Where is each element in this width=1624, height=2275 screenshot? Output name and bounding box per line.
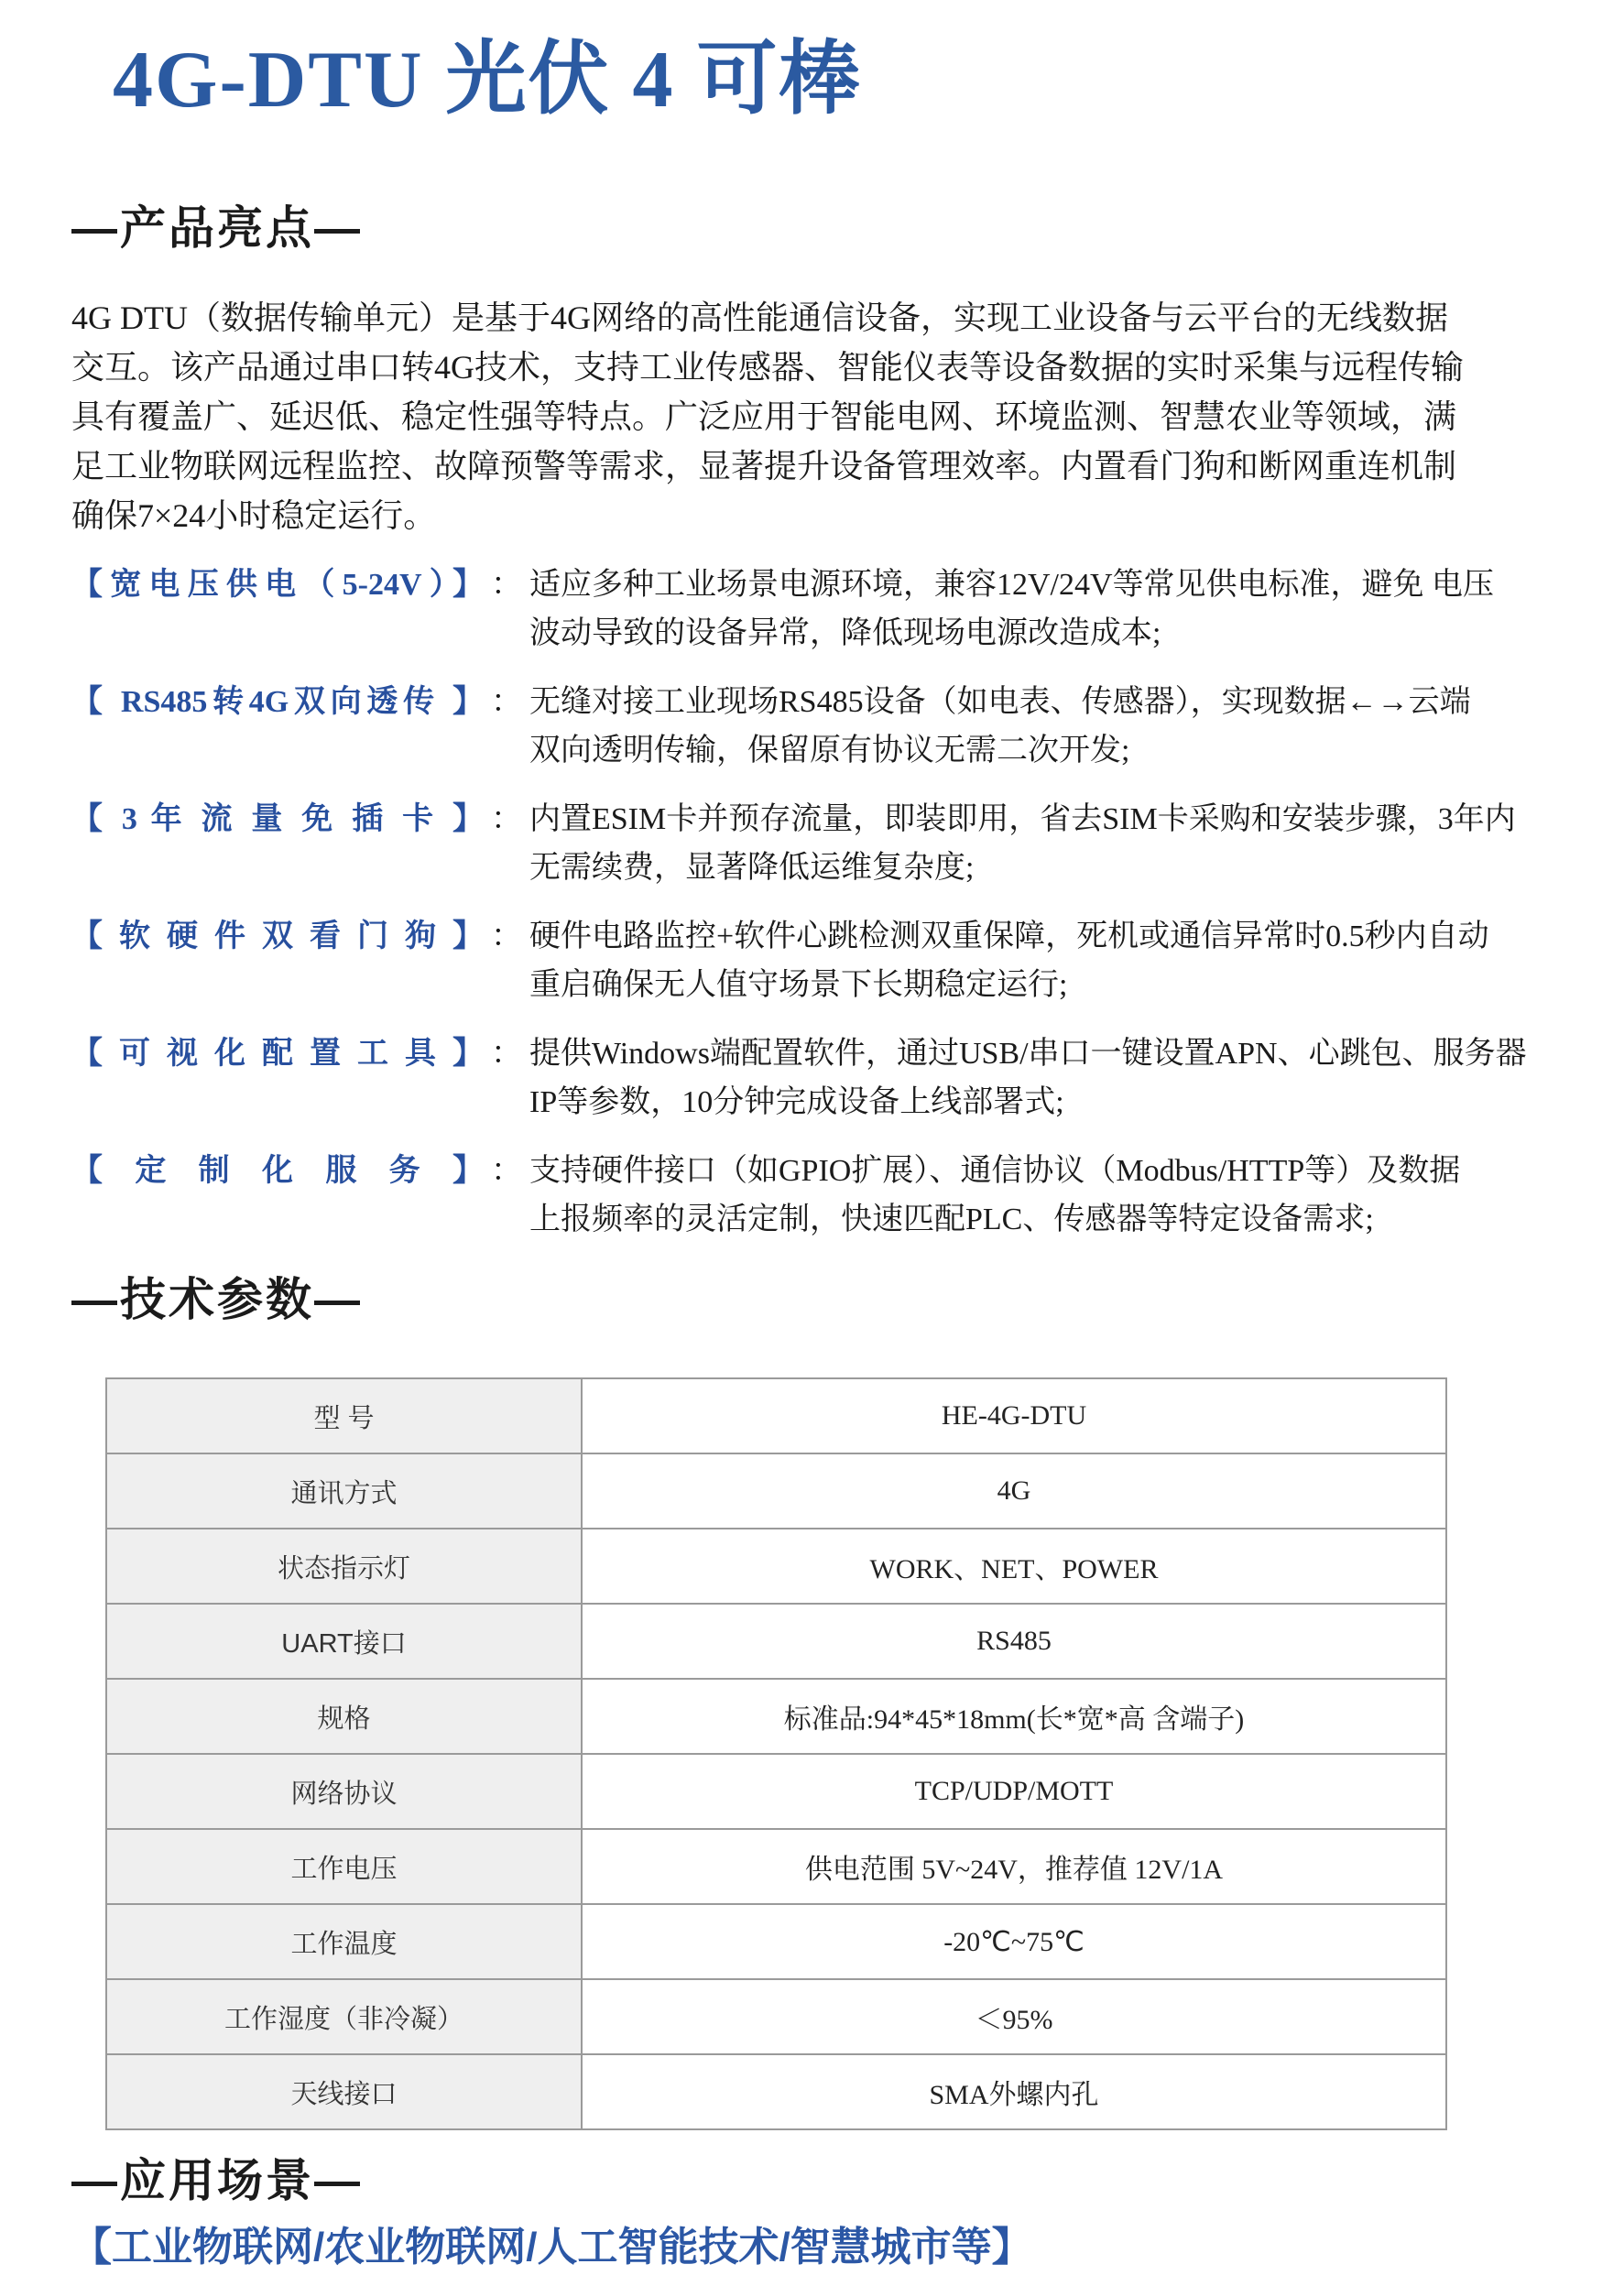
specs-table: 型 号 HE-4G-DTU 通讯方式 4G 状态指示灯 WORK、NET、POW… [105,1377,1447,2130]
feature-colon: ： [484,1029,529,1127]
spec-row-dimensions: 规格 标准品:94*45*18mm(长*宽*高 含端子) [106,1679,1446,1754]
spec-row-voltage: 工作电压 供电范围 5V~24V，推荐值 12V/1A [106,1829,1446,1904]
feature-text-line: 无需续费，显著降低运维复杂度; [529,844,1557,892]
feature-text: 提供Windows端配置软件，通过USB/串口一键设置APN、心跳包、服务器 I… [529,1029,1557,1127]
feature-text-line: 支持硬件接口（如GPIO扩展）、通信协议（Modbus/HTTP等）及数据 [529,1147,1557,1195]
feature-text-line: 适应多种工业场景电源环境，兼容12V/24V等常见供电标准，避免 电压 [529,561,1557,609]
section-heading-applications: —应用场景— [71,2154,1557,2207]
spec-value-cell: HE-4G-DTU [582,1378,1446,1453]
feature-colon: ： [484,1147,529,1244]
page-title: 4G-DTU 光伏 4 可棒 [71,35,1557,126]
feature-colon: ： [484,561,529,658]
section-heading-highlights: —产品亮点— [71,201,1557,255]
intro-line: 交互。该产品通过串口转4G技术，支持工业传感器、智能仪表等设备数据的实时采集与远… [71,343,1557,392]
spec-value-cell: 供电范围 5V~24V，推荐值 12V/1A [582,1829,1446,1904]
spec-value-cell: RS485 [582,1604,1446,1679]
feature-text: 硬件电路监控+软件心跳检测双重保障，死机或通信异常时0.5秒内自动 重启确保无人… [529,912,1557,1009]
product-datasheet-page: 4G-DTU 光伏 4 可棒 —产品亮点— 4G DTU（数据传输单元）是基于4… [0,0,1624,2275]
spec-label-cell: 通讯方式 [106,1453,582,1529]
feature-colon: ： [484,795,529,892]
intro-line: 4G DTU（数据传输单元）是基于4G网络的高性能通信设备，实现工业设备与云平台… [71,293,1557,343]
spec-value-cell: 4G [582,1453,1446,1529]
spec-label-cell: UART接口 [106,1604,582,1679]
feature-text-line: 无缝对接工业现场RS485设备（如电表、传感器），实现数据←→云端 [529,678,1557,726]
intro-line: 具有覆盖广、延迟低、稳定性强等特点。广泛应用于智能电网、环境监测、智慧农业等领域… [71,392,1557,441]
spec-value-cell: ＜95% [582,1979,1446,2054]
feature-text-line: 波动导致的设备异常，降低现场电源改造成本; [529,609,1557,658]
feature-text-line: IP等参数，10分钟完成设备上线部署式; [529,1078,1557,1127]
applications-text: 【工业物联网/农业物联网/人工智能技术/智慧城市等】 [71,2220,1557,2275]
feature-item-rs485-transparent: 【 RS485转4G双向透传 】 ： 无缝对接工业现场RS485设备（如电表、传… [71,678,1557,775]
spec-label-cell: 型 号 [106,1378,582,1453]
feature-colon: ： [484,912,529,1009]
feature-colon: ： [484,678,529,775]
spec-row-status-leds: 状态指示灯 WORK、NET、POWER [106,1529,1446,1604]
feature-text: 内置ESIM卡并预存流量，即装即用，省去SIM卡采购和安装步骤，3年内 无需续费… [529,795,1557,892]
feature-label: 【 软 硬 件 双 看 门 狗 】 [71,912,484,1009]
spec-row-model: 型 号 HE-4G-DTU [106,1378,1446,1453]
feature-item-wide-voltage: 【宽电压供电（5-24V）】 ： 适应多种工业场景电源环境，兼容12V/24V等… [71,561,1557,658]
feature-text-line: 硬件电路监控+软件心跳检测双重保障，死机或通信异常时0.5秒内自动 [529,912,1557,961]
feature-text-line: 提供Windows端配置软件，通过USB/串口一键设置APN、心跳包、服务器 [529,1029,1557,1078]
spec-value-cell: 标准品:94*45*18mm(长*宽*高 含端子) [582,1679,1446,1754]
feature-text: 无缝对接工业现场RS485设备（如电表、传感器），实现数据←→云端 双向透明传输… [529,678,1557,775]
section-heading-specs: —技术参数— [71,1273,1557,1326]
feature-label: 【宽电压供电（5-24V）】 [71,561,484,658]
spec-label-cell: 天线接口 [106,2054,582,2129]
feature-list: 【宽电压供电（5-24V）】 ： 适应多种工业场景电源环境，兼容12V/24V等… [71,561,1557,1244]
intro-paragraph: 4G DTU（数据传输单元）是基于4G网络的高性能通信设备，实现工业设备与云平台… [71,293,1557,540]
spec-value-cell: TCP/UDP/MOTT [582,1754,1446,1829]
feature-label: 【 可 视 化 配 置 工 具 】 [71,1029,484,1127]
spec-row-protocols: 网络协议 TCP/UDP/MOTT [106,1754,1446,1829]
spec-row-comm-mode: 通讯方式 4G [106,1453,1446,1529]
spec-row-temperature: 工作温度 -20℃~75℃ [106,1904,1446,1979]
intro-line: 足工业物联网远程监控、故障预警等需求，显著提升设备管理效率。内置看门狗和断网重连… [71,441,1557,491]
spec-row-antenna: 天线接口 SMA外螺内孔 [106,2054,1446,2129]
feature-item-watchdog: 【 软 硬 件 双 看 门 狗 】 ： 硬件电路监控+软件心跳检测双重保障，死机… [71,912,1557,1009]
spec-label-cell: 规格 [106,1679,582,1754]
spec-label-cell: 网络协议 [106,1754,582,1829]
feature-text-line: 上报频率的灵活定制，快速匹配PLC、传感器等特定设备需求; [529,1195,1557,1244]
spec-row-humidity: 工作湿度（非冷凝） ＜95% [106,1979,1446,2054]
feature-label: 【 3 年 流 量 免 插 卡 】 [71,795,484,892]
feature-text: 支持硬件接口（如GPIO扩展）、通信协议（Modbus/HTTP等）及数据 上报… [529,1147,1557,1244]
spec-value-cell: -20℃~75℃ [582,1904,1446,1979]
feature-text-line: 双向透明传输，保留原有协议无需二次开发; [529,726,1557,775]
spec-label-cell: 工作温度 [106,1904,582,1979]
spec-label-cell: 状态指示灯 [106,1529,582,1604]
intro-line: 确保7×24小时稳定运行。 [71,491,1557,540]
spec-row-uart: UART接口 RS485 [106,1604,1446,1679]
feature-text: 适应多种工业场景电源环境，兼容12V/24V等常见供电标准，避免 电压 波动导致… [529,561,1557,658]
feature-item-esim-data: 【 3 年 流 量 免 插 卡 】 ： 内置ESIM卡并预存流量，即装即用，省去… [71,795,1557,892]
spec-value-cell: SMA外螺内孔 [582,2054,1446,2129]
spec-label-cell: 工作湿度（非冷凝） [106,1979,582,2054]
spec-label-cell: 工作电压 [106,1829,582,1904]
feature-label: 【 RS485转4G双向透传 】 [71,678,484,775]
spec-value-cell: WORK、NET、POWER [582,1529,1446,1604]
feature-item-customization: 【 定 制 化 服 务 】 ： 支持硬件接口（如GPIO扩展）、通信协议（Mod… [71,1147,1557,1244]
feature-text-line: 重启确保无人值守场景下长期稳定运行; [529,961,1557,1009]
feature-text-line: 内置ESIM卡并预存流量，即装即用，省去SIM卡采购和安装步骤，3年内 [529,795,1557,844]
feature-item-config-tool: 【 可 视 化 配 置 工 具 】 ： 提供Windows端配置软件，通过USB… [71,1029,1557,1127]
feature-label: 【 定 制 化 服 务 】 [71,1147,484,1244]
